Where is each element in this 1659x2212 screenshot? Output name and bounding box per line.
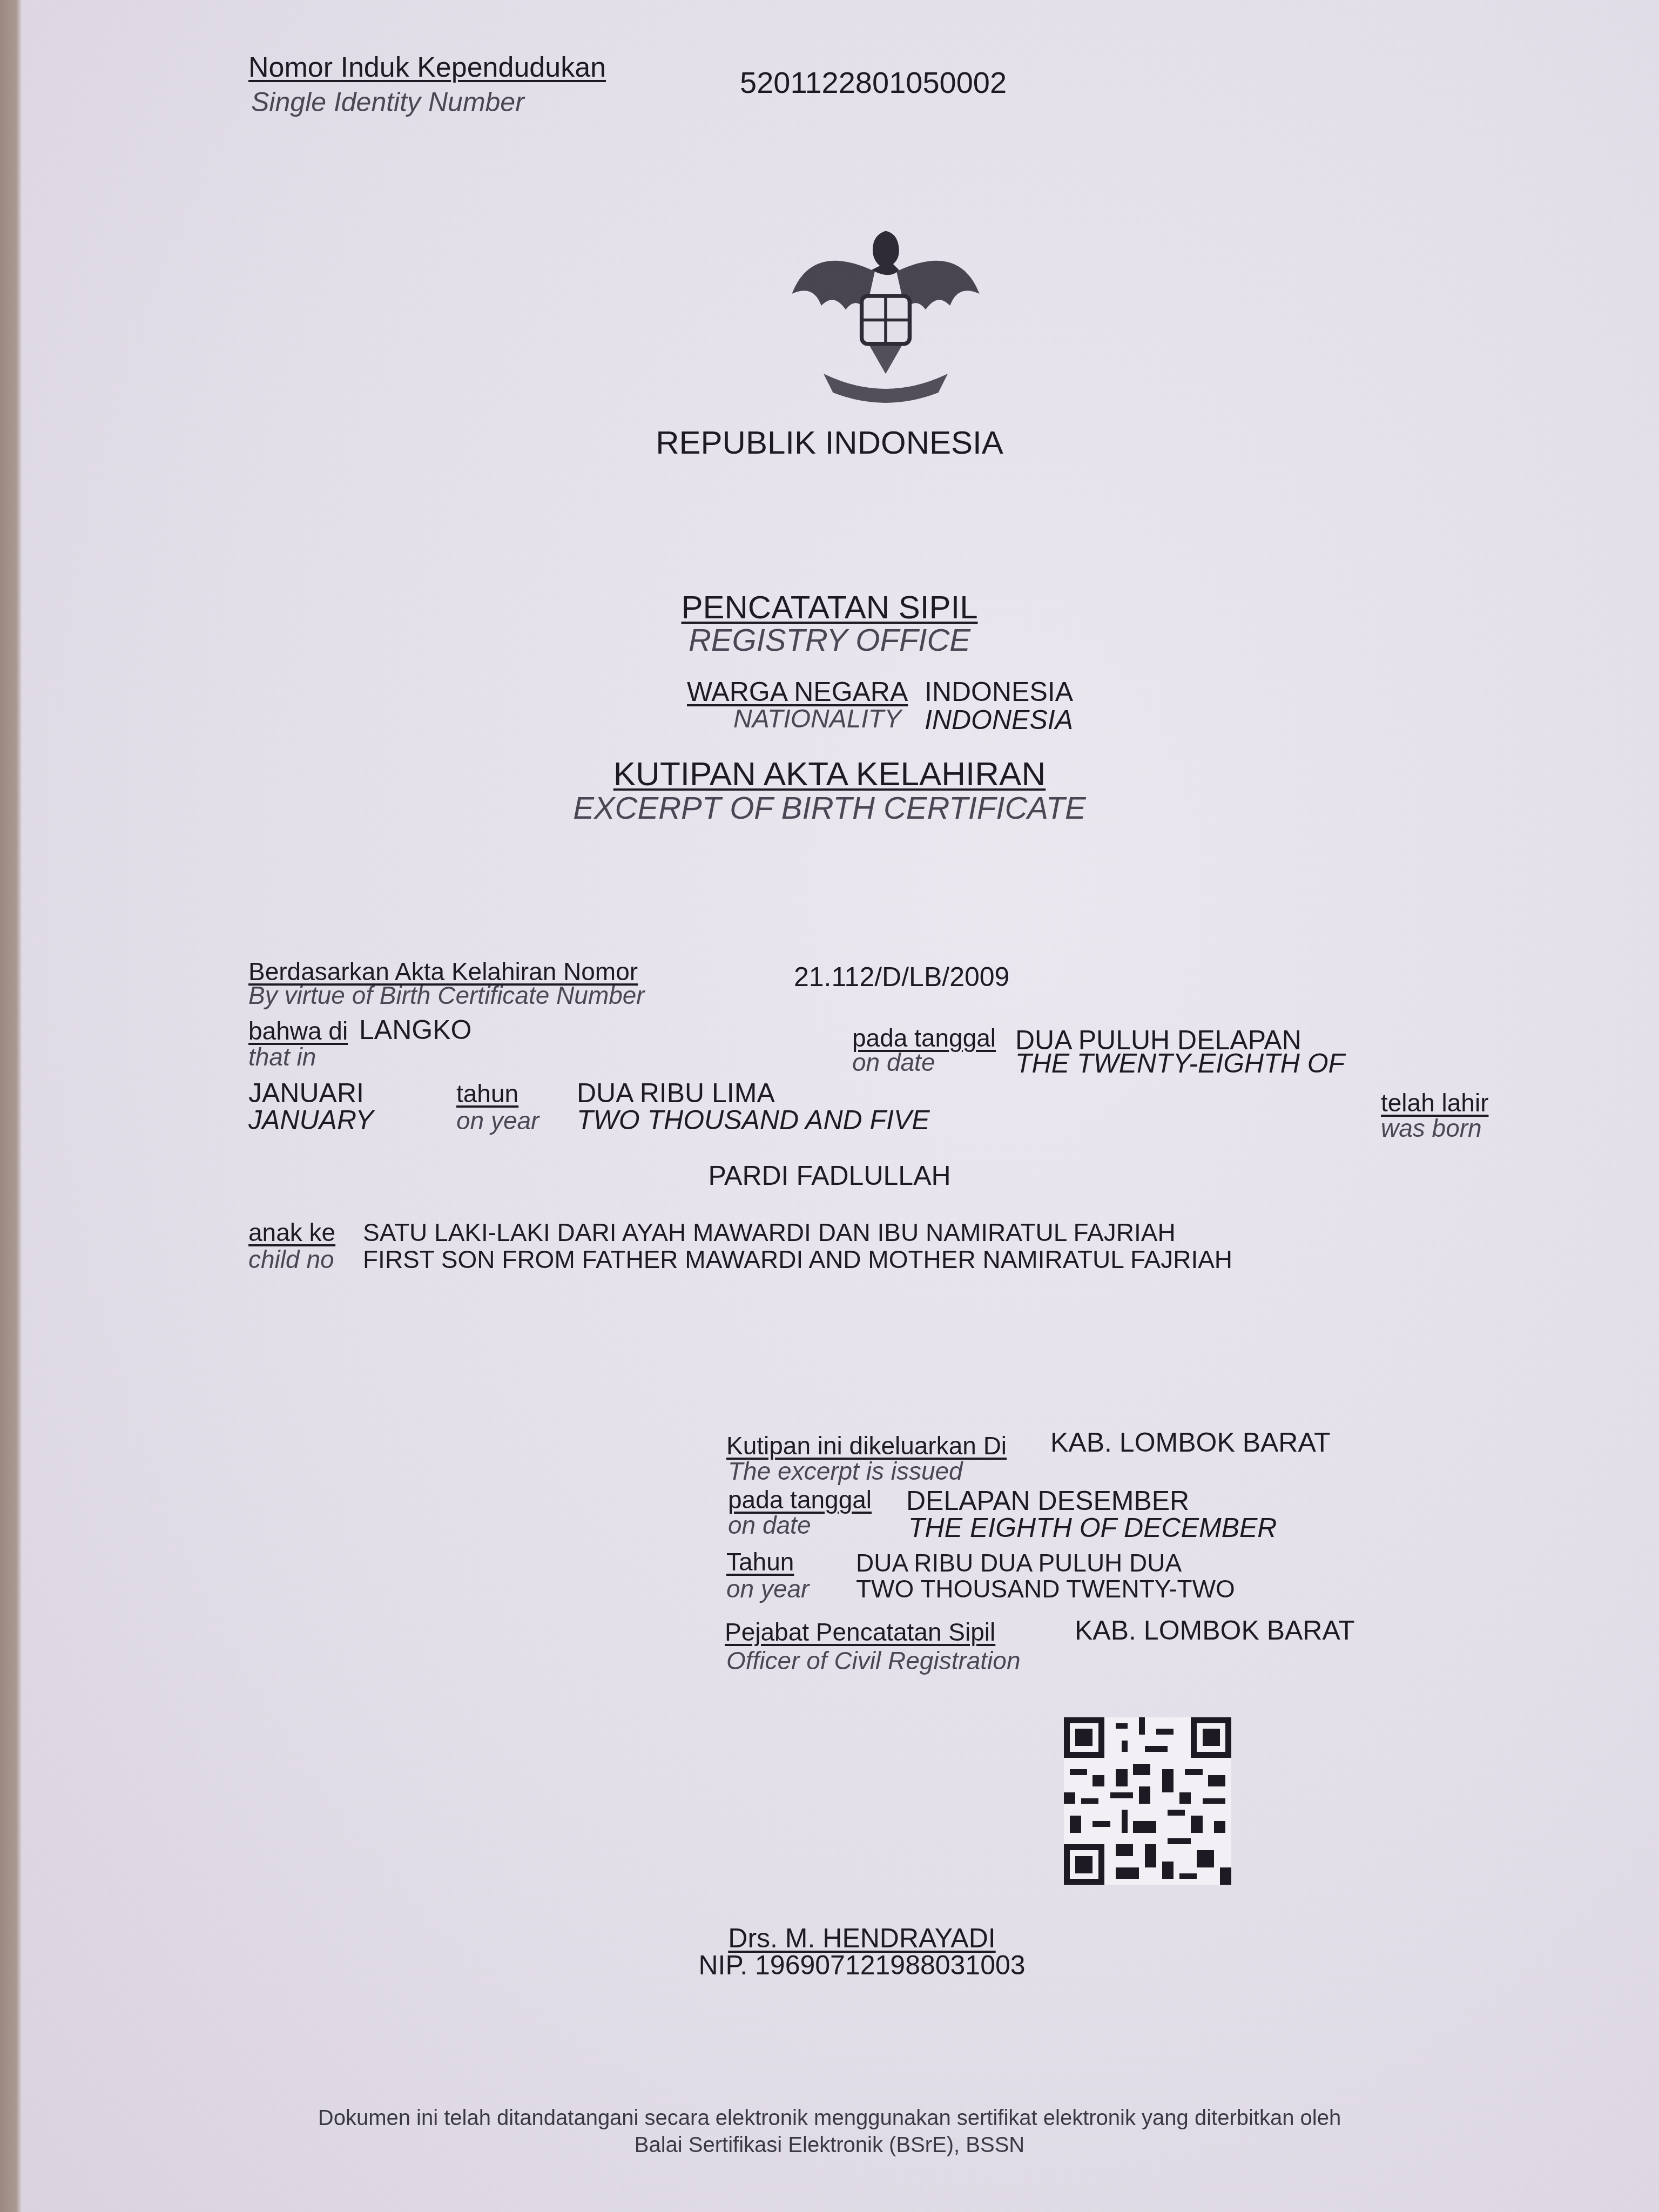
nationality-label: WARGA NEGARA	[687, 676, 908, 707]
nik-value: 5201122801050002	[740, 65, 1007, 100]
nationality-value-en: INDONESIA	[925, 704, 1073, 736]
child-order-label-en: child no	[248, 1245, 334, 1274]
place-value: LANGKO	[359, 1014, 471, 1046]
birth-date-label-en: on date	[852, 1048, 935, 1077]
issue-date-value-en: THE EIGHTH OF DECEMBER	[908, 1512, 1277, 1543]
child-name: PARDI FADLULLAH	[0, 1160, 1659, 1191]
basis-label-en: By virtue of Birth Certificate Number	[248, 981, 645, 1010]
garuda-emblem-icon	[786, 216, 986, 416]
birth-year-value-en: TWO THOUSAND AND FIVE	[577, 1104, 930, 1136]
issue-year-value-en: TWO THOUSAND TWENTY-TWO	[856, 1574, 1235, 1603]
document-title-en: EXCERPT OF BIRTH CERTIFICATE	[0, 790, 1659, 826]
signatory-nip: NIP. 196907121988031003	[32, 1950, 1659, 1981]
nationality-value: INDONESIA	[925, 676, 1073, 707]
issued-place-value: KAB. LOMBOK BARAT	[1050, 1427, 1331, 1458]
place-label-en: that in	[248, 1042, 316, 1071]
birth-year-label-en: on year	[456, 1106, 539, 1135]
place-label: bahwa di	[248, 1016, 348, 1046]
issued-place-label: Kutipan ini dikeluarkan Di	[726, 1431, 1007, 1460]
birth-date-value-en: THE TWENTY-EIGHTH OF	[1015, 1048, 1345, 1079]
nationality-label-en: NATIONALITY	[733, 704, 901, 734]
child-order-value-en: FIRST SON FROM FATHER MAWARDI AND MOTHER…	[363, 1245, 1232, 1274]
issued-place-label-en: The excerpt is issued	[728, 1456, 963, 1486]
footer-line-2: Balai Sertifikasi Elektronik (BSrE), BSS…	[0, 2133, 1659, 2157]
officer-label: Pejabat Pencatatan Sipil	[725, 1617, 995, 1647]
issue-year-label: Tahun	[726, 1547, 794, 1576]
born-label-en: was born	[1381, 1114, 1482, 1143]
footer-line-1: Dokumen ini telah ditandatangani secara …	[0, 2106, 1659, 2130]
child-order-value: SATU LAKI-LAKI DARI AYAH MAWARDI DAN IBU…	[363, 1218, 1176, 1247]
office-title-en: REGISTRY OFFICE	[0, 622, 1659, 658]
issue-date-label: pada tanggal	[728, 1485, 872, 1514]
issue-year-value: DUA RIBU DUA PULUH DUA	[856, 1548, 1182, 1577]
child-order-label: anak ke	[248, 1218, 335, 1247]
country-title: REPUBLIK INDONESIA	[0, 424, 1659, 461]
issue-date-label-en: on date	[728, 1510, 811, 1540]
nik-label-en: Single Identity Number	[251, 86, 524, 118]
basis-value: 21.112/D/LB/2009	[794, 961, 1009, 993]
nik-label: Nomor Induk Kependudukan	[248, 51, 606, 84]
born-label: telah lahir	[1381, 1088, 1488, 1117]
qr-code-icon[interactable]	[1064, 1717, 1231, 1885]
issue-year-label-en: on year	[726, 1574, 809, 1603]
birth-year-label: tahun	[456, 1079, 518, 1108]
officer-value: KAB. LOMBOK BARAT	[1075, 1615, 1355, 1646]
officer-label-en: Officer of Civil Registration	[726, 1646, 1021, 1675]
birth-month-en: JANUARY	[248, 1104, 374, 1136]
office-title: PENCATATAN SIPIL	[0, 589, 1659, 626]
document-title: KUTIPAN AKTA KELAHIRAN	[0, 755, 1659, 793]
